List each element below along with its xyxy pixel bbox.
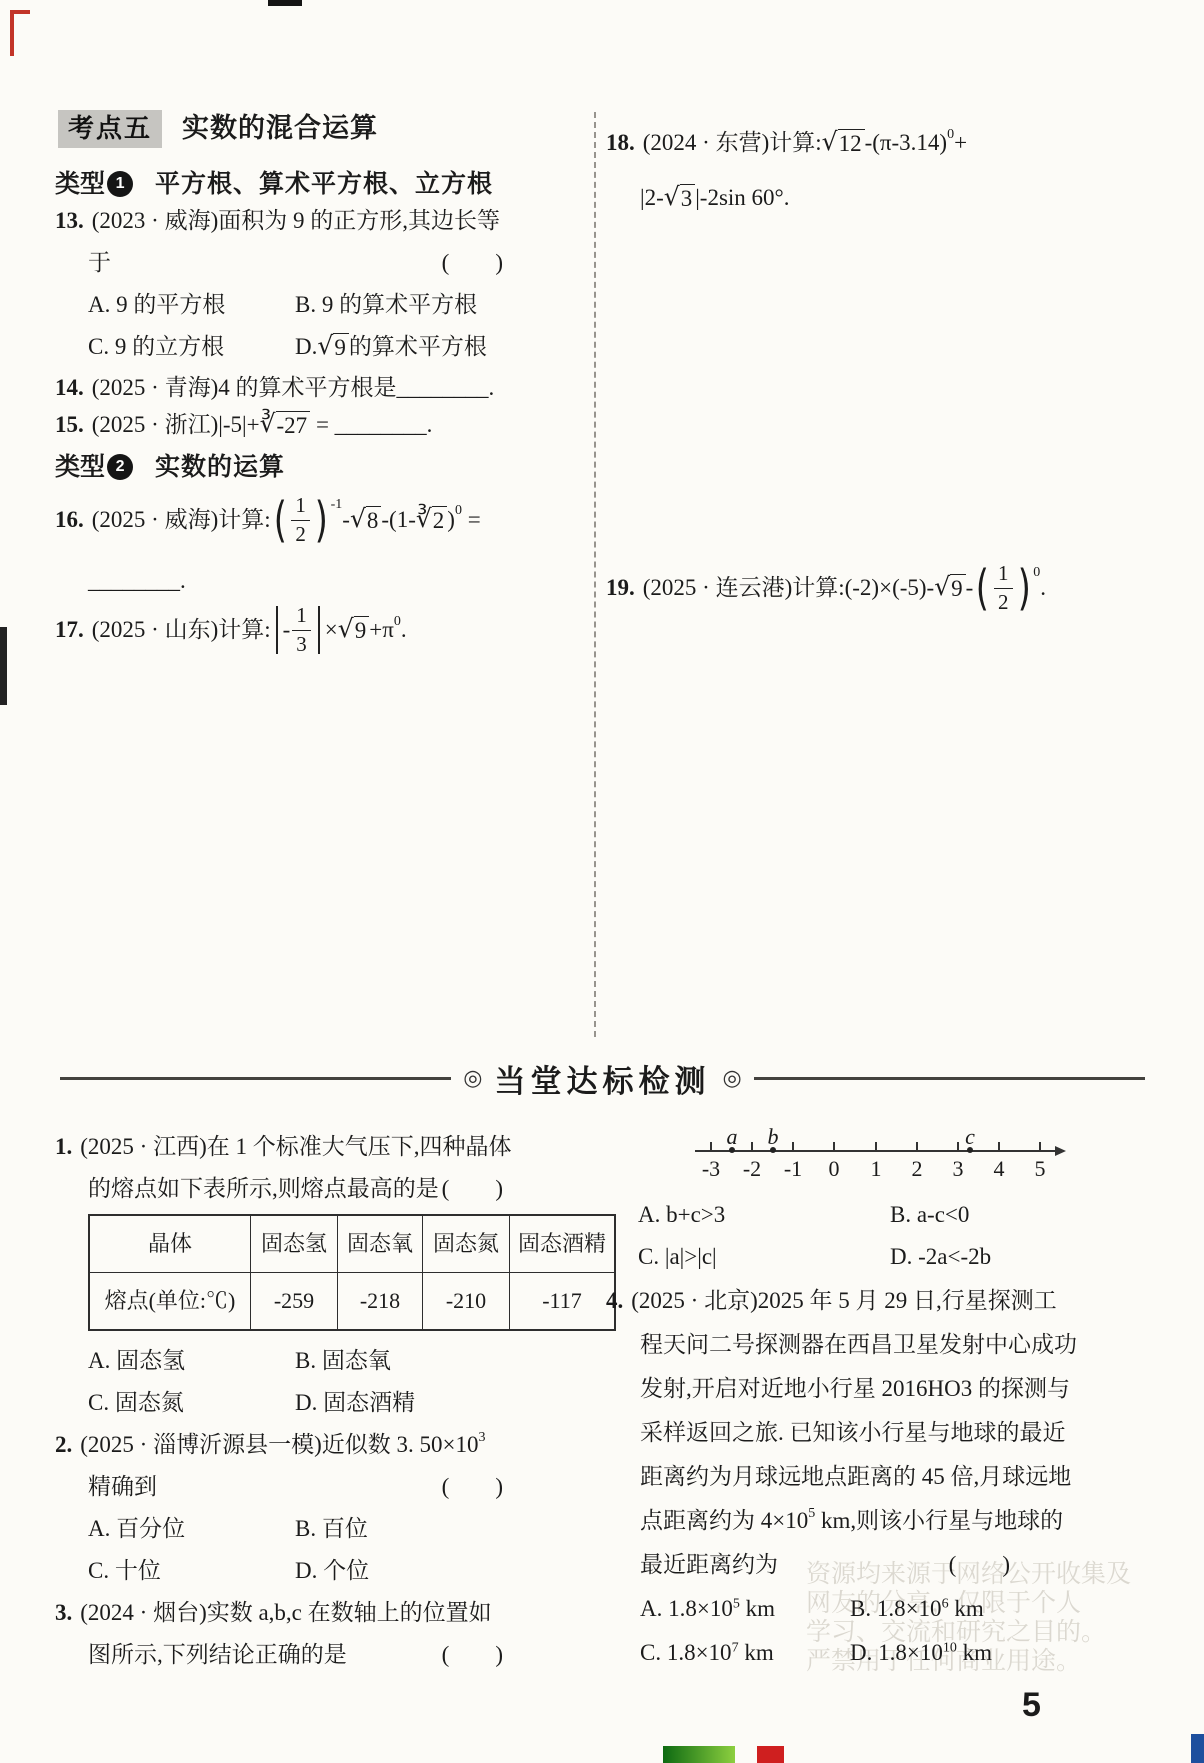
answer-paren: ( ) xyxy=(442,1176,503,1202)
table-cell: -259 xyxy=(251,1273,338,1330)
tick-label: 0 xyxy=(819,1156,849,1182)
fraction-1-2: 12 xyxy=(291,492,310,548)
option-b: B. 百位 xyxy=(295,1516,368,1542)
problem-number: 17. xyxy=(55,617,84,643)
type1-label: 类型 xyxy=(55,170,105,199)
problem-text: (2025 · 淄博沂源县一模)近似数 3. 50×10 xyxy=(80,1432,478,1458)
problem-1-table-wrap: 晶体 固态氢 固态氧 固态氮 固态酒精 熔点(单位:℃) -259 -218 -… xyxy=(88,1214,616,1331)
problem-3-line2: 图所示,下列结论正确的是 ( ) xyxy=(88,1642,503,1668)
option-b: B. 固态氧 xyxy=(295,1348,391,1374)
tick xyxy=(1039,1142,1041,1151)
section-badge: 考点五 xyxy=(58,110,162,148)
problem-text: 最近距离约为 xyxy=(640,1552,778,1578)
tick-label: 5 xyxy=(1025,1156,1055,1182)
problem-4-options-ab: A. 1.8×105 km B. 1.8×106 km xyxy=(640,1596,984,1622)
problem-2-line2: 精确到 ( ) xyxy=(88,1474,503,1500)
answer-paren: ( ) xyxy=(442,250,503,276)
problem-text: (2023 · 威海)面积为 9 的正方形,其边长等 xyxy=(92,208,500,234)
left-paren: ( xyxy=(273,500,286,541)
problem-4-line6: 点距离约为 4×10 5 km,则该小行星与地球的 xyxy=(640,1508,1063,1534)
problem-text: (2024 · 东营)计算: xyxy=(643,130,822,156)
formula-text: -(π-3.14) xyxy=(865,130,948,156)
tick xyxy=(751,1142,753,1151)
problem-2-options-ab: A. 百分位 B. 百位 xyxy=(88,1516,368,1542)
left-paren: ( xyxy=(976,568,989,609)
problem-text: (2025 · 山东)计算: xyxy=(92,617,271,643)
tick-label: 4 xyxy=(984,1156,1014,1182)
problem-17: 17. (2025 · 山东)计算: - 13 × √9 +π 0 . xyxy=(55,600,407,660)
problem-1-options-cd: C. 固态氮 D. 固态酒精 xyxy=(88,1390,415,1416)
tick-label: 1 xyxy=(861,1156,891,1182)
tick-label: -3 xyxy=(696,1156,726,1182)
problem-4-line5: 距离约为月球远地点距离的 45 倍,月球远地 xyxy=(640,1464,1071,1490)
problem-3-options-ab: A. b+c>3 B. a-c<0 xyxy=(638,1202,969,1228)
problem-number: 16. xyxy=(55,507,84,533)
option-c: C. 9 的立方根 xyxy=(88,334,295,360)
problem-14: 14. (2025 · 青海)4 的算术平方根是 ________. xyxy=(55,375,494,401)
option-c: C. 1.8×107 km xyxy=(640,1640,850,1666)
plus-sign: + xyxy=(954,130,967,156)
table-row-label: 熔点(单位:℃) xyxy=(89,1273,251,1330)
problem-4-line2: 程天问二号探测器在西昌卫星发射中心成功 xyxy=(640,1332,1077,1358)
problem-13-line1: 13. (2023 · 威海)面积为 9 的正方形,其边长等 xyxy=(55,208,500,234)
right-paren: ) xyxy=(1017,568,1030,609)
equals-sign: = xyxy=(462,507,481,533)
table-cell: -218 xyxy=(338,1273,423,1330)
period: . xyxy=(401,617,407,643)
problem-text: 发射,开启对近地小行星 2016HO3 的探测与 xyxy=(640,1376,1070,1402)
problem-number: 3. xyxy=(55,1600,72,1626)
type2-number-badge: 2 xyxy=(107,454,133,480)
sqrt-radical: √12 xyxy=(822,129,865,157)
number-line-diagram: -3 -2 -1 0 1 2 3 4 5 a b c xyxy=(695,1128,1075,1190)
type1-number-badge: 1 xyxy=(107,171,133,197)
ornament-circle-icon: ◎ xyxy=(723,1066,742,1091)
bottom-red-bar xyxy=(757,1746,784,1763)
option-b: B. 9 的算术平方根 xyxy=(295,292,477,318)
option-b: B. 1.8×106 km xyxy=(850,1596,984,1622)
problem-text: 点距离约为 4×10 xyxy=(640,1508,808,1534)
bottom-green-bar xyxy=(663,1746,735,1763)
minus: - xyxy=(966,575,974,601)
problem-18-line2: |2- √3 |-2sin 60°. xyxy=(640,178,790,218)
table-cell: -117 xyxy=(510,1273,616,1330)
option-a: A. 9 的平方根 xyxy=(88,292,295,318)
quiz-section-title: 当堂达标检测 xyxy=(495,1056,711,1101)
problem-number: 14. xyxy=(55,375,84,401)
crop-mark-red-horizontal xyxy=(10,10,30,14)
cbrt-radical: ∛2 xyxy=(416,506,447,534)
table-header-cell: 晶体 xyxy=(89,1215,251,1273)
answer-paren: ( ) xyxy=(442,1474,503,1500)
type1-title: 平方根、算术平方根、立方根 xyxy=(155,170,493,199)
minus: - xyxy=(283,617,291,643)
problem-number: 15. xyxy=(55,412,84,438)
option-a: A. 1.8×105 km xyxy=(640,1596,850,1622)
problem-4-line4: 采样返回之旅. 已知该小行星与地球的最近 xyxy=(640,1420,1066,1446)
option-d: D. 固态酒精 xyxy=(295,1390,415,1416)
option-d: D. 个位 xyxy=(295,1558,369,1584)
fraction-1-2: 12 xyxy=(994,560,1013,616)
formula-text: +π xyxy=(369,617,394,643)
equals-sign: = xyxy=(310,412,334,438)
problem-text: (2025 · 连云港)计算:(-2)×(-5)- xyxy=(643,575,934,601)
section-header: 考点五 实数的混合运算 xyxy=(58,110,378,148)
option-a: A. b+c>3 xyxy=(638,1202,890,1228)
answer-blank: ________. xyxy=(335,412,433,438)
column-divider xyxy=(594,112,596,1037)
problem-text: 程天问二号探测器在西昌卫星发射中心成功 xyxy=(640,1332,1077,1358)
top-edge-mark xyxy=(268,0,302,6)
problem-4-line3: 发射,开启对近地小行星 2016HO3 的探测与 xyxy=(640,1376,1070,1402)
sqrt-radical: √8 xyxy=(350,506,381,534)
melting-point-table: 晶体 固态氢 固态氧 固态氮 固态酒精 熔点(单位:℃) -259 -218 -… xyxy=(88,1214,616,1331)
answer-paren: ( ) xyxy=(949,1552,1010,1578)
answer-paren: ( ) xyxy=(442,1642,503,1668)
table-header-cell: 固态酒精 xyxy=(510,1215,616,1273)
problem-1-line1: 1. (2025 · 江西)在 1 个标准大气压下,四种晶体 xyxy=(55,1134,511,1160)
problem-text: (2025 · 浙江)|-5|+ xyxy=(92,412,260,438)
crop-mark-red-vertical xyxy=(10,10,14,56)
ornament-circle-icon: ◎ xyxy=(463,1066,482,1091)
type1-header: 类型 1 平方根、算术平方根、立方根 xyxy=(55,170,493,199)
table-header-cell: 固态氮 xyxy=(423,1215,510,1273)
quiz-section-header: ◎ 当堂达标检测 ◎ xyxy=(60,1056,1145,1101)
cbrt-radical: ∛-27 xyxy=(260,411,311,439)
option-d: D.√9的算术平方根 xyxy=(295,333,487,361)
problem-number: 4. xyxy=(606,1288,623,1314)
problem-4-line7: 最近距离约为 ( ) xyxy=(640,1552,1010,1578)
section-title: 实数的混合运算 xyxy=(182,113,378,144)
point-c-label: c xyxy=(960,1124,980,1150)
tick xyxy=(916,1142,918,1151)
problem-4-line1: 4. (2025 · 北京)2025 年 5 月 29 日,行星探测工 xyxy=(606,1288,1057,1314)
tick xyxy=(833,1142,835,1151)
problem-13-options-cd: C. 9 的立方根 D.√9的算术平方根 xyxy=(88,333,487,361)
tick xyxy=(792,1142,794,1151)
left-edge-tab xyxy=(0,627,7,705)
type2-label: 类型 xyxy=(55,453,105,482)
header-rule-left xyxy=(60,1077,451,1080)
tick-label: 3 xyxy=(943,1156,973,1182)
header-rule-right xyxy=(754,1077,1145,1080)
tick-label: -1 xyxy=(778,1156,808,1182)
page-number: 5 xyxy=(1022,1686,1041,1725)
problem-15: 15. (2025 · 浙江)|-5|+ ∛-27 = ________. xyxy=(55,411,432,439)
problem-13-options-ab: A. 9 的平方根 B. 9 的算术平方根 xyxy=(88,292,477,318)
option-b: B. a-c<0 xyxy=(890,1202,969,1228)
bottom-blue-mark xyxy=(1191,1734,1204,1763)
abs-bar xyxy=(318,606,320,654)
tick xyxy=(957,1142,959,1151)
problem-text: 图所示,下列结论正确的是 xyxy=(88,1642,347,1668)
abs-bar xyxy=(276,606,278,654)
tick-label: -2 xyxy=(737,1156,767,1182)
sqrt-radical: √9 xyxy=(934,574,965,602)
minus: - xyxy=(342,507,350,533)
problem-text: (2025 · 威海)计算: xyxy=(92,507,271,533)
sqrt-radical: √3 xyxy=(664,184,695,212)
problem-text: 采样返回之旅. 已知该小行星与地球的最近 xyxy=(640,1420,1066,1446)
problem-number: 13. xyxy=(55,208,84,234)
table-header-cell: 固态氢 xyxy=(251,1215,338,1273)
option-d: D. -2a<-2b xyxy=(890,1244,991,1270)
problem-3-line1: 3. (2024 · 烟台)实数 a,b,c 在数轴上的位置如 xyxy=(55,1600,492,1626)
problem-1-line2: 的熔点如下表所示,则熔点最高的是 ( ) xyxy=(88,1176,503,1202)
tick xyxy=(998,1142,1000,1151)
table-cell: -210 xyxy=(423,1273,510,1330)
problem-18-line1: 18. (2024 · 东营)计算: √12 -(π-3.14) 0 + xyxy=(606,122,967,164)
period: . xyxy=(1040,575,1046,601)
option-a: A. 固态氢 xyxy=(88,1348,295,1374)
tick xyxy=(710,1142,712,1151)
option-c: C. |a|>|c| xyxy=(638,1244,890,1270)
problem-2-line1: 2. (2025 · 淄博沂源县一模)近似数 3. 50×10 3 xyxy=(55,1432,485,1458)
right-paren: ) xyxy=(315,500,328,541)
problem-text: (2025 · 北京)2025 年 5 月 29 日,行星探测工 xyxy=(631,1288,1056,1314)
problem-text: (2025 · 江西)在 1 个标准大气压下,四种晶体 xyxy=(80,1134,511,1160)
problem-text: 的熔点如下表所示,则熔点最高的是 xyxy=(88,1176,439,1202)
problem-1-options-ab: A. 固态氢 B. 固态氧 xyxy=(88,1348,391,1374)
sqrt-radical: √9 xyxy=(338,616,369,644)
point-a-label: a xyxy=(722,1124,742,1150)
problem-4-options-cd: C. 1.8×107 km D. 1.8×1010 km xyxy=(640,1640,992,1666)
option-a: A. 百分位 xyxy=(88,1516,295,1542)
point-b-label: b xyxy=(763,1124,783,1150)
problem-number: 18. xyxy=(606,130,635,156)
problem-text: km,则该小行星与地球的 xyxy=(815,1508,1063,1534)
answer-blank: ________. xyxy=(88,568,186,594)
answer-blank: ________. xyxy=(396,375,494,401)
option-d-prefix: D. xyxy=(295,334,317,359)
problem-text: (2025 · 青海)4 的算术平方根是 xyxy=(92,375,397,401)
problem-19: 19. (2025 · 连云港)计算:(-2)×(-5)- √9 - ( 12 … xyxy=(606,556,1046,620)
problem-2-options-cd: C. 十位 D. 个位 xyxy=(88,1558,369,1584)
problem-number: 1. xyxy=(55,1134,72,1160)
problem-number: 19. xyxy=(606,575,635,601)
problem-13-line2: 于 ( ) xyxy=(88,250,503,276)
formula-text: |-2sin 60°. xyxy=(695,185,789,211)
option-d-suffix: 的算术平方根 xyxy=(349,334,487,359)
problem-text: 精确到 xyxy=(88,1474,157,1500)
problem-text: 距离约为月球远地点距离的 45 倍,月球远地 xyxy=(640,1464,1071,1490)
number-line-arrowhead xyxy=(1055,1146,1066,1156)
sqrt-radical: √9 xyxy=(317,333,348,361)
problem-text: (2024 · 烟台)实数 a,b,c 在数轴上的位置如 xyxy=(80,1600,491,1626)
problem-3-options-cd: C. |a|>|c| D. -2a<-2b xyxy=(638,1244,991,1270)
formula-text: ) xyxy=(447,507,455,533)
table-header-cell: 固态氧 xyxy=(338,1215,423,1273)
type2-title: 实数的运算 xyxy=(155,453,285,482)
problem-16: 16. (2025 · 威海)计算: ( 12 ) -1 - √8 -(1- ∛… xyxy=(55,488,481,552)
problem-16-blank: ________. xyxy=(88,568,186,594)
option-c: C. 固态氮 xyxy=(88,1390,295,1416)
formula-text: -(1- xyxy=(381,507,415,533)
formula-text: |2- xyxy=(640,185,664,211)
table-row: 熔点(单位:℃) -259 -218 -210 -117 xyxy=(89,1273,615,1330)
tick xyxy=(875,1142,877,1151)
type2-header: 类型 2 实数的运算 xyxy=(55,453,285,482)
fraction-1-3: 13 xyxy=(292,602,311,658)
tick-label: 2 xyxy=(902,1156,932,1182)
workbook-page: 考点五 实数的混合运算 类型 1 平方根、算术平方根、立方根 13. (2023… xyxy=(0,0,1204,1763)
option-d: D. 1.8×1010 km xyxy=(850,1640,992,1666)
option-c: C. 十位 xyxy=(88,1558,295,1584)
problem-text: 于 xyxy=(88,250,111,276)
problem-number: 2. xyxy=(55,1432,72,1458)
times-sign: × xyxy=(325,617,338,643)
